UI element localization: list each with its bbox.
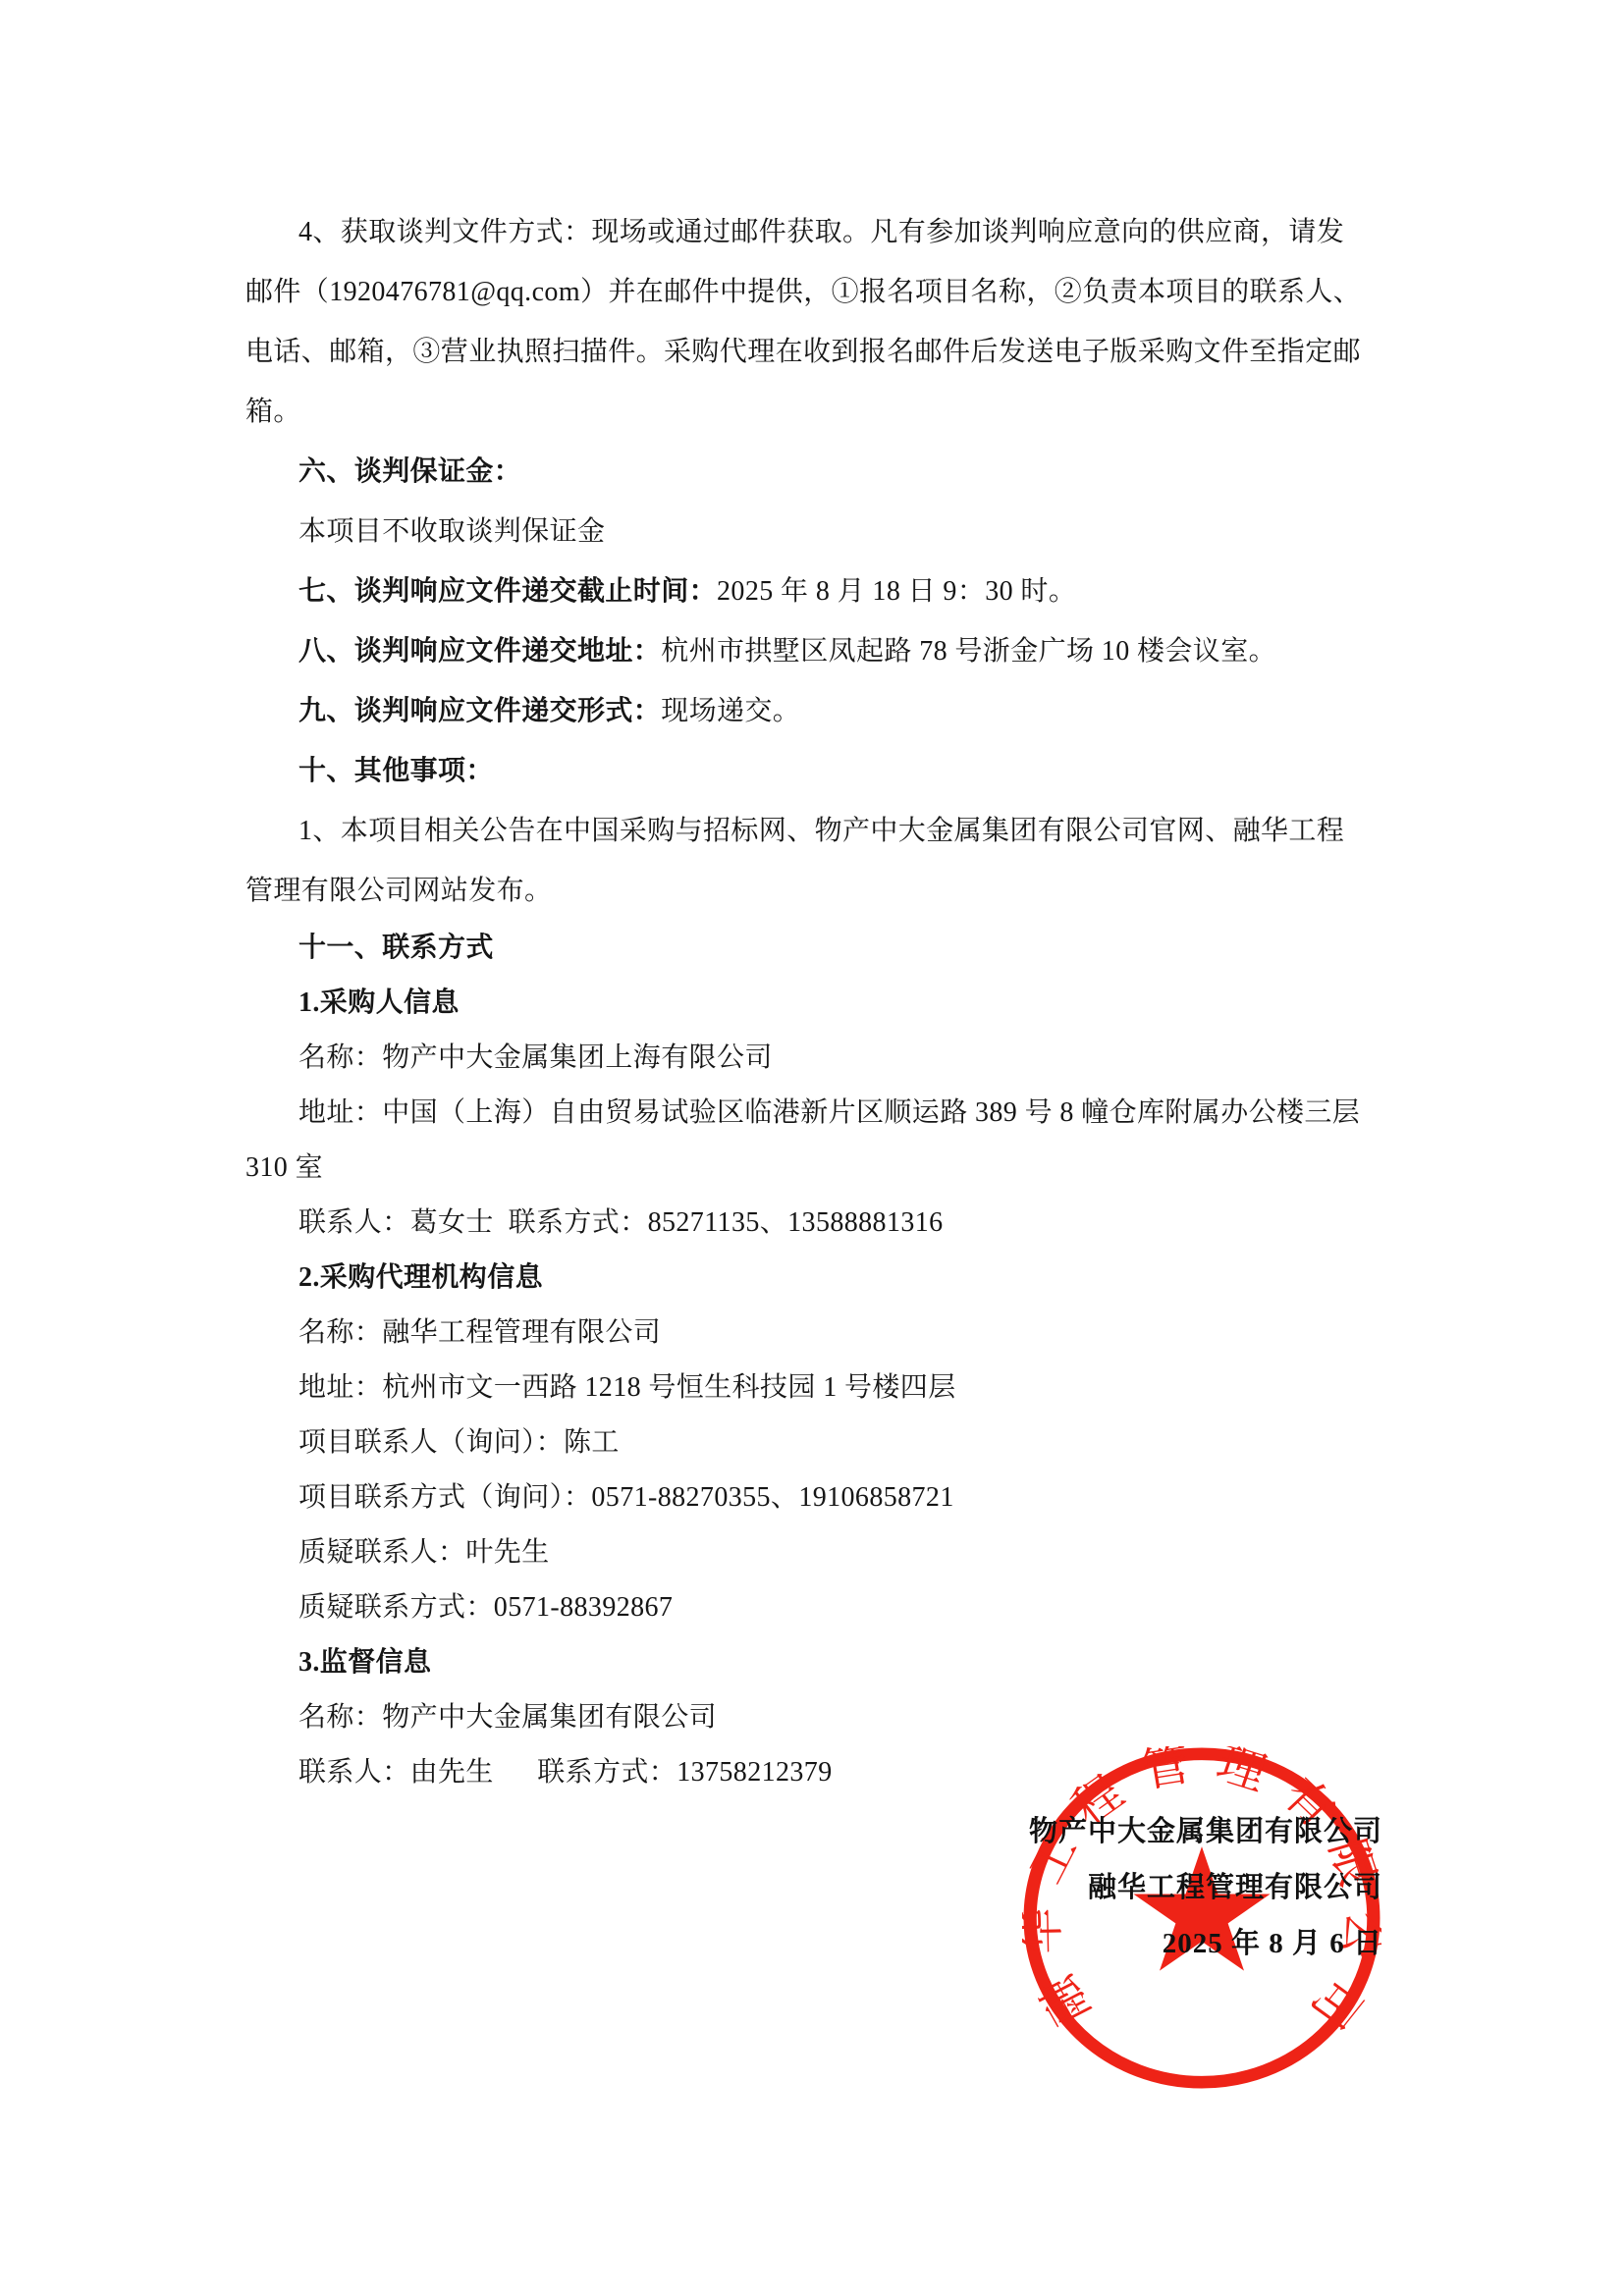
text-segment: 1、本项目相关公告在中国采购与招标网、物产中大金属集团有限公司官网、融华工程	[298, 816, 1344, 846]
text-line: 箱。	[245, 382, 1386, 442]
signature-agency-name: 融华工程管理有限公司	[1029, 1860, 1382, 1916]
text-segment: 2025 年 8 月 18 日 9：30 时。	[717, 576, 1076, 607]
text-line: 1.采购人信息	[245, 976, 1386, 1031]
document-page: 4、获取谈判文件方式：现场或通过邮件获取。凡有参加谈判响应意向的供应商，请发邮件…	[0, 0, 1624, 2296]
text-line: 六、谈判保证金：	[245, 442, 1386, 502]
text-line: 质疑联系人：叶先生	[245, 1525, 1386, 1580]
text-segment: 项目联系方式（询问）：0571-88270355、19106858721	[298, 1482, 954, 1513]
text-line: 地址：杭州市文一西路 1218 号恒生科技园 1 号楼四层	[245, 1361, 1386, 1415]
text-segment: 质疑联系人：叶先生	[298, 1537, 550, 1568]
heading-segment: 九、谈判响应文件递交形式：	[298, 696, 661, 726]
text-line: 本项目不收取谈判保证金	[245, 502, 1386, 561]
text-line: 十一、联系方式	[245, 921, 1386, 976]
text-segment: 管理有限公司网站发布。	[245, 876, 552, 906]
text-line: 1、本项目相关公告在中国采购与招标网、物产中大金属集团有限公司官网、融华工程	[245, 801, 1386, 861]
text-line: 3.监督信息	[245, 1635, 1386, 1690]
text-segment: 杭州市拱墅区凤起路 78 号浙金广场 10 楼会议室。	[661, 636, 1276, 667]
text-segment: 名称：物产中大金属集团上海有限公司	[298, 1042, 773, 1073]
heading-segment: 六、谈判保证金：	[298, 456, 521, 487]
text-segment: 310 室	[245, 1152, 323, 1183]
text-line: 邮件（1920476781@qq.com）并在邮件中提供，①报名项目名称，②负责…	[245, 262, 1386, 322]
text-segment: 联系人：葛女士 联系方式：85271135、13588881316	[298, 1207, 944, 1238]
text-line: 电话、邮箱，③营业执照扫描件。采购代理在收到报名邮件后发送电子版采购文件至指定邮	[245, 322, 1386, 382]
text-segment: 联系人：由先生 联系方式：13758212379	[298, 1757, 833, 1788]
text-line: 质疑联系方式：0571-88392867	[245, 1580, 1386, 1635]
text-segment: 质疑联系方式：0571-88392867	[298, 1592, 673, 1623]
heading-segment: 十、其他事项：	[298, 756, 494, 786]
text-segment: 箱。	[245, 397, 301, 427]
document-body: 4、获取谈判文件方式：现场或通过邮件获取。凡有参加谈判响应意向的供应商，请发邮件…	[245, 202, 1386, 1800]
signature-date: 2025 年 8 月 6 日	[1029, 1916, 1382, 1972]
text-line: 八、谈判响应文件递交地址：杭州市拱墅区凤起路 78 号浙金广场 10 楼会议室。	[245, 621, 1386, 681]
text-line: 名称：物产中大金属集团有限公司	[245, 1690, 1386, 1745]
text-line: 项目联系方式（询问）：0571-88270355、19106858721	[245, 1470, 1386, 1525]
signature-block: 物产中大金属集团有限公司 融华工程管理有限公司 2025 年 8 月 6 日	[1029, 1804, 1382, 1972]
text-line: 310 室	[245, 1141, 1386, 1196]
text-line: 地址：中国（上海）自由贸易试验区临港新片区顺运路 389 号 8 幢仓库附属办公…	[245, 1086, 1386, 1141]
text-segment: 项目联系人（询问）：陈工	[298, 1427, 620, 1458]
text-line: 名称：融华工程管理有限公司	[245, 1306, 1386, 1361]
heading-segment: 八、谈判响应文件递交地址：	[298, 636, 661, 667]
heading-segment: 2.采购代理机构信息	[298, 1262, 543, 1293]
heading-segment: 1.采购人信息	[298, 988, 460, 1018]
text-segment: 名称：融华工程管理有限公司	[298, 1317, 661, 1348]
text-segment: 4、获取谈判文件方式：现场或通过邮件获取。凡有参加谈判响应意向的供应商，请发	[298, 217, 1344, 247]
text-line: 管理有限公司网站发布。	[245, 861, 1386, 921]
heading-segment: 十一、联系方式	[298, 933, 494, 963]
text-line: 联系人：葛女士 联系方式：85271135、13588881316	[245, 1196, 1386, 1251]
text-segment: 名称：物产中大金属集团有限公司	[298, 1702, 717, 1733]
text-line: 十、其他事项：	[245, 741, 1386, 801]
text-segment: 邮件（1920476781@qq.com）并在邮件中提供，①报名项目名称，②负责…	[245, 277, 1361, 307]
text-line: 九、谈判响应文件递交形式：现场递交。	[245, 681, 1386, 741]
heading-segment: 3.监督信息	[298, 1647, 431, 1678]
signature-purchaser-name: 物产中大金属集团有限公司	[1029, 1804, 1382, 1860]
text-line: 七、谈判响应文件递交截止时间：2025 年 8 月 18 日 9：30 时。	[245, 561, 1386, 621]
text-line: 2.采购代理机构信息	[245, 1251, 1386, 1306]
text-segment: 本项目不收取谈判保证金	[298, 516, 605, 547]
text-line: 名称：物产中大金属集团上海有限公司	[245, 1031, 1386, 1086]
text-line: 联系人：由先生 联系方式：13758212379	[245, 1745, 1386, 1800]
text-segment: 地址：中国（上海）自由贸易试验区临港新片区顺运路 389 号 8 幢仓库附属办公…	[298, 1097, 1360, 1128]
text-line: 项目联系人（询问）：陈工	[245, 1415, 1386, 1470]
text-segment: 电话、邮箱，③营业执照扫描件。采购代理在收到报名邮件后发送电子版采购文件至指定邮	[245, 337, 1361, 367]
text-segment: 地址：杭州市文一西路 1218 号恒生科技园 1 号楼四层	[298, 1372, 956, 1403]
heading-segment: 七、谈判响应文件递交截止时间：	[298, 576, 717, 607]
text-line: 4、获取谈判文件方式：现场或通过邮件获取。凡有参加谈判响应意向的供应商，请发	[245, 202, 1386, 262]
text-segment: 现场递交。	[661, 696, 800, 726]
